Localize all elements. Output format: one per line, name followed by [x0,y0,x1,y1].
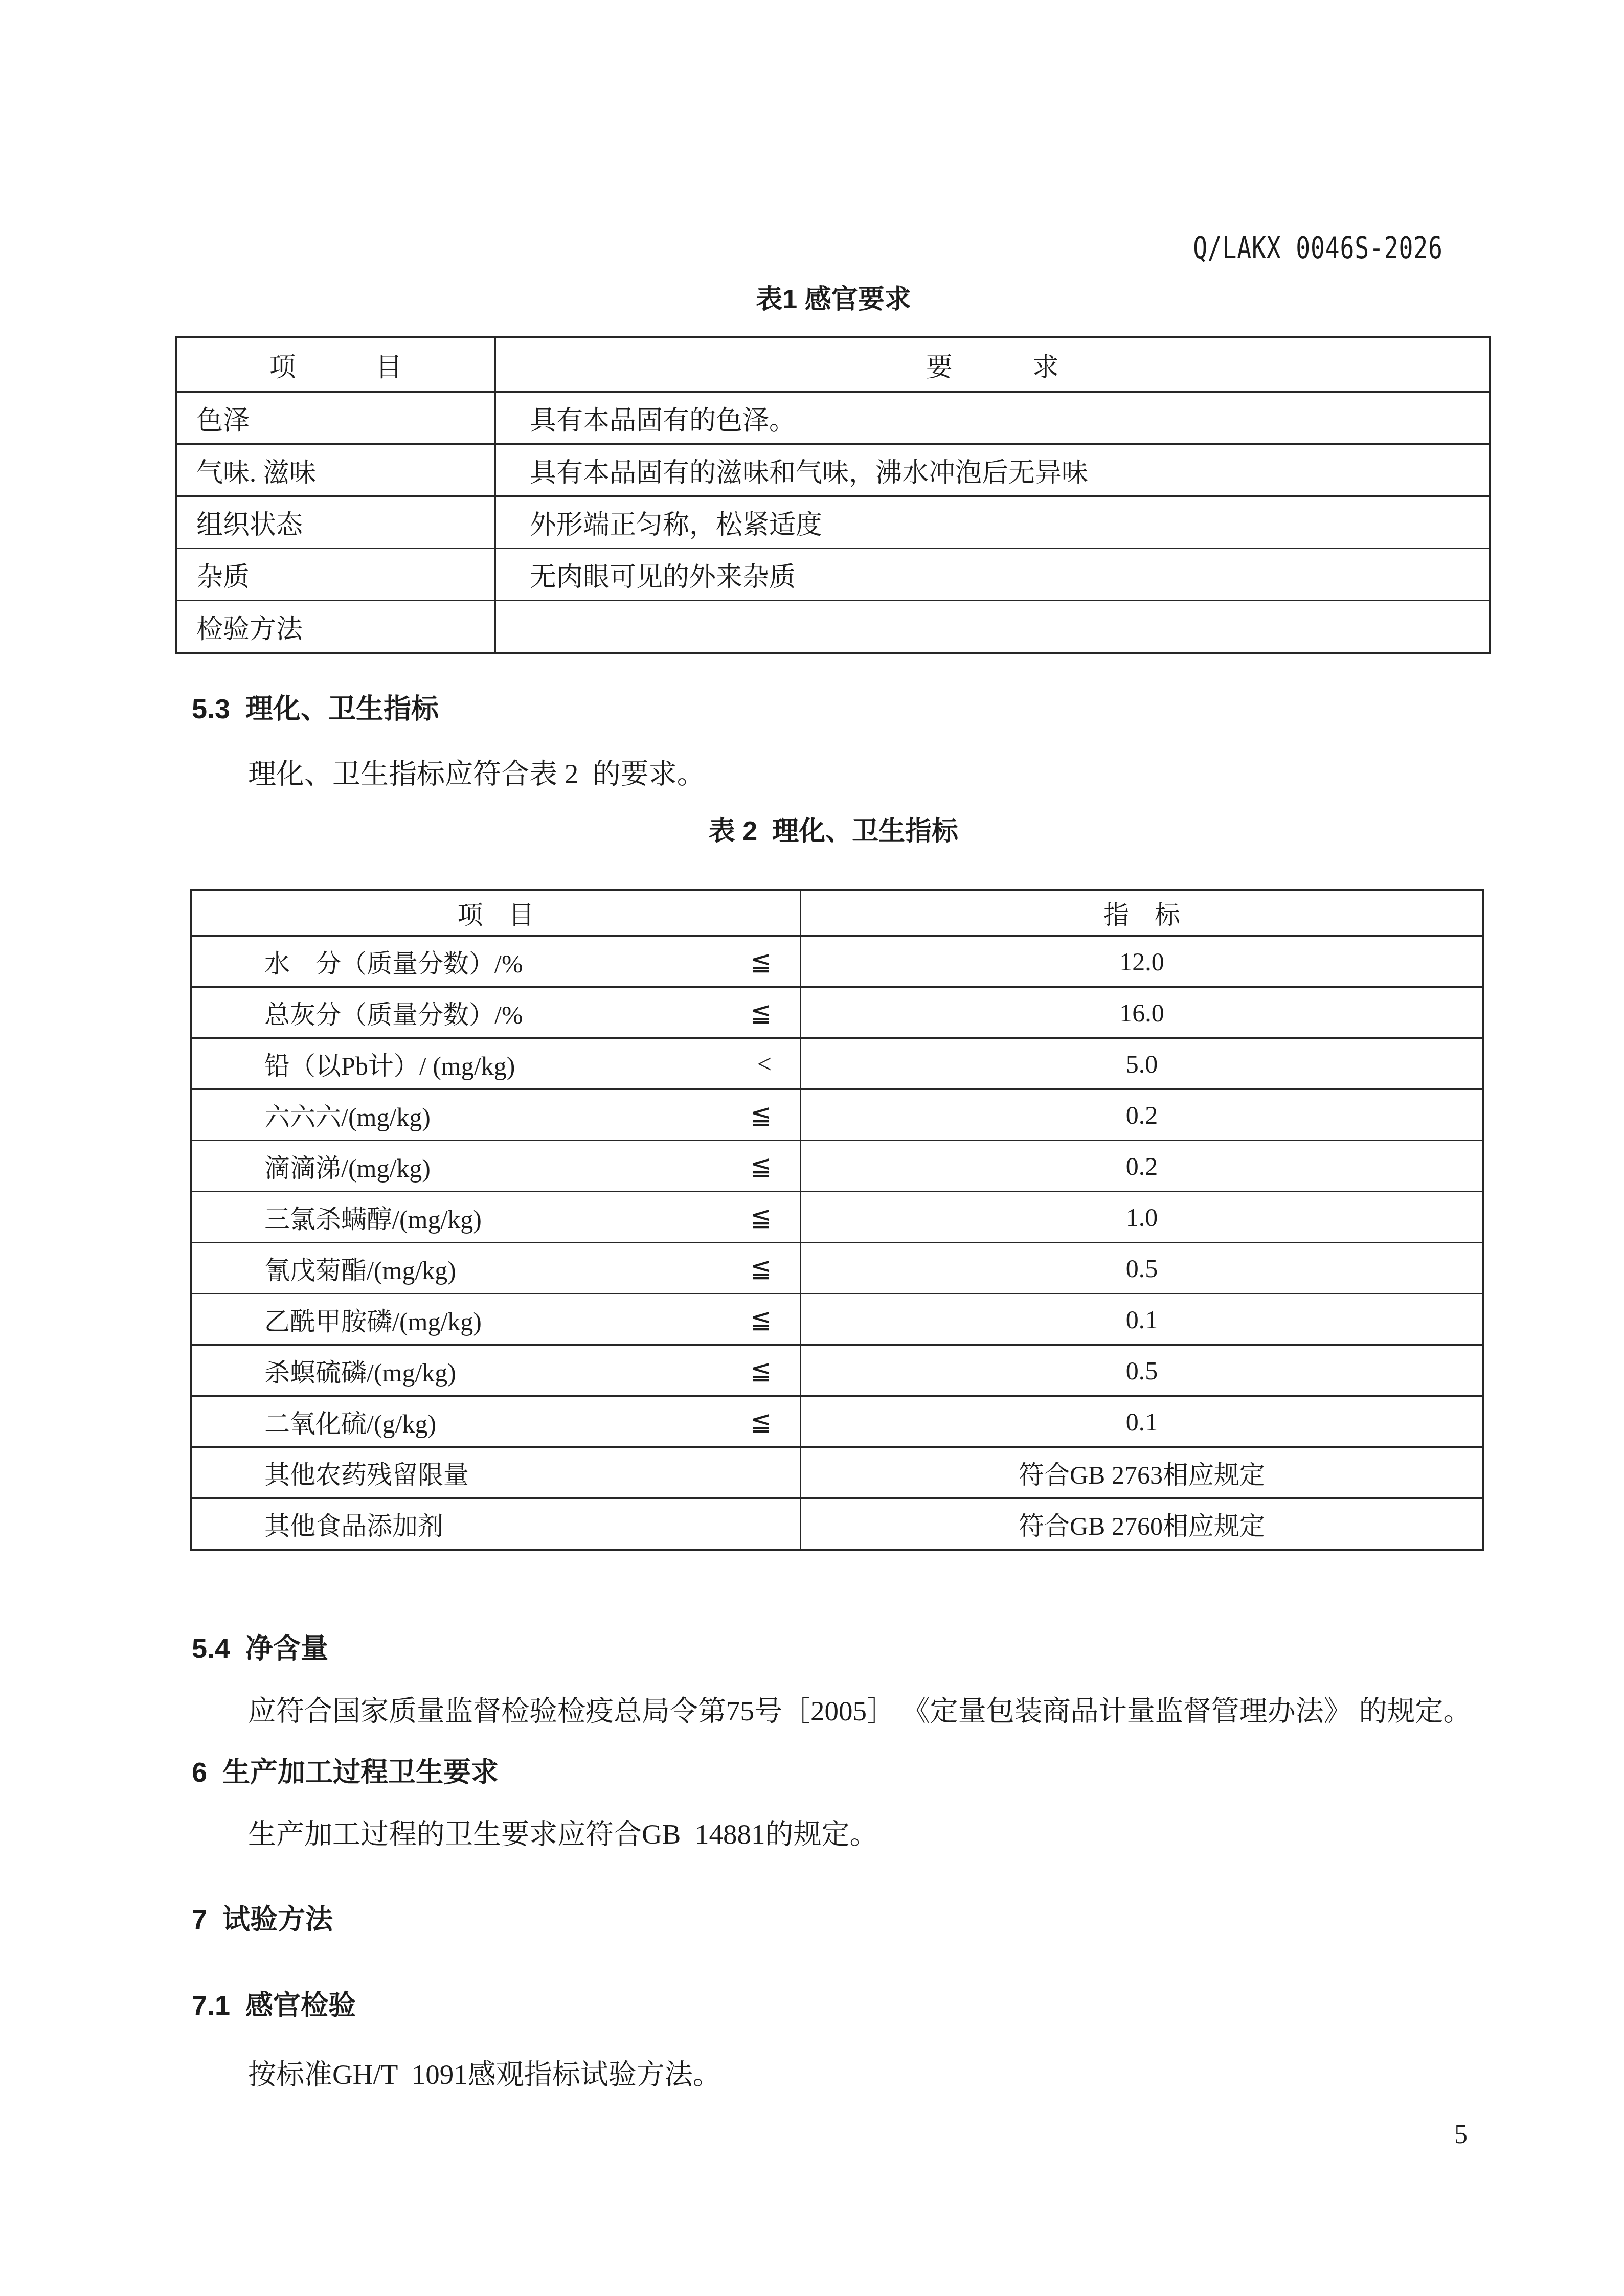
item-label: 乙酰甲胺磷/(mg/kg) [264,1301,482,1338]
limit-operator: ≦ [750,1254,772,1283]
item-cell: 六六六/(mg/kg)≦ [192,1090,801,1140]
table2-title: 表 2 理化、卫生指标 [179,817,1488,846]
page-number: 5 [1454,2122,1468,2148]
table-row: 滴滴涕/(mg/kg)≦ 0.2 [192,1140,1482,1191]
item-label: 二氧化硫/(g/kg) [264,1403,436,1440]
value-cell: 0.2 [801,1090,1482,1140]
item-label: 氰戊菊酯/(mg/kg) [264,1250,456,1287]
section-5-3-heading: 5.3 理化、卫生指标 [192,694,439,724]
value-cell: 16.0 [801,988,1482,1037]
table-row: 杂质 无肉眼可见的外来杂质 [177,548,1489,600]
requirement-cell: 无肉眼可见的外来杂质 [496,549,1489,600]
item-cell: 其他农药残留限量 [192,1448,801,1497]
table1-header-row: 项 目 要 求 [177,338,1489,391]
item-label: 总灰分（质量分数）/% [264,994,523,1031]
table-row: 组织状态 外形端正匀称，松紧适度 [177,495,1489,548]
table-row: 杀螟硫磷/(mg/kg)≦ 0.5 [192,1344,1482,1395]
table1-title: 表1 感官要求 [179,285,1488,314]
item-cell: 检验方法 [177,601,496,652]
value-cell: 0.1 [801,1397,1482,1446]
table-row: 检验方法 [177,600,1489,652]
item-cell: 总灰分（质量分数）/%≦ [192,988,801,1037]
value-cell: 符合GB 2763相应规定 [801,1448,1482,1497]
value-cell: 12.0 [801,937,1482,986]
section-6-body: 生产加工过程的卫生要求应符合GB 14881的规定。 [248,1818,877,1850]
table-row: 总灰分（质量分数）/%≦ 16.0 [192,986,1482,1037]
requirement-cell: 具有本品固有的滋味和气味，沸水冲泡后无异味 [496,445,1489,495]
value-cell: 5.0 [801,1039,1482,1088]
table-row: 氰戊菊酯/(mg/kg)≦ 0.5 [192,1242,1482,1293]
limit-operator: ≦ [750,1202,772,1232]
item-label: 水 分（质量分数）/% [264,943,523,980]
table2-header-item: 项 目 [192,891,801,935]
table1-header-item: 项 目 [177,338,496,391]
table-row: 六六六/(mg/kg)≦ 0.2 [192,1088,1482,1140]
item-cell: 其他食品添加剂 [192,1499,801,1549]
table1: 项 目 要 求 色泽 具有本品固有的色泽。 气味. 滋味 具有本品固有的滋味和气… [175,336,1491,654]
item-cell: 杀螟硫磷/(mg/kg)≦ [192,1346,801,1395]
item-cell: 滴滴涕/(mg/kg)≦ [192,1141,801,1191]
item-label: 其他食品添加剂 [264,1506,443,1542]
value-cell: 0.2 [801,1141,1482,1191]
document-page: Q/LAKX 0046S-2026 表1 感官要求 项 目 要 求 色泽 具有本… [0,0,1624,2296]
limit-operator: < [757,1049,772,1079]
item-cell: 乙酰甲胺磷/(mg/kg)≦ [192,1294,801,1344]
table-row: 色泽 具有本品固有的色泽。 [177,391,1489,443]
table-row: 二氧化硫/(g/kg)≦ 0.1 [192,1395,1482,1446]
section-5-4-heading: 5.4 净含量 [192,1634,328,1664]
table-row: 铅（以Pb计）/ (mg/kg)< 5.0 [192,1037,1482,1088]
requirement-cell: 具有本品固有的色泽。 [496,393,1489,443]
item-label: 三氯杀螨醇/(mg/kg) [264,1199,482,1236]
section-6-heading: 6 生产加工过程卫生要求 [192,1758,499,1788]
limit-operator: ≦ [750,998,772,1028]
table2: 项 目 指 标 水 分（质量分数）/%≦ 12.0 总灰分（质量分数）/%≦ 1… [190,889,1484,1551]
item-cell: 杂质 [177,549,496,600]
item-cell: 色泽 [177,393,496,443]
table-row: 水 分（质量分数）/%≦ 12.0 [192,935,1482,986]
table-row: 气味. 滋味 具有本品固有的滋味和气味，沸水冲泡后无异味 [177,443,1489,495]
limit-operator: ≦ [750,1407,772,1437]
item-label: 杀螟硫磷/(mg/kg) [264,1352,456,1389]
item-label: 铅（以Pb计）/ (mg/kg) [264,1045,515,1082]
section-7-1-heading: 7.1 感官检验 [192,1991,356,2021]
section-5-4-body: 应符合国家质量监督检验检疫总局令第75号［2005］ 《定量包装商品计量监督管理… [248,1695,1472,1727]
item-cell: 水 分（质量分数）/%≦ [192,937,801,986]
table-row: 三氯杀螨醇/(mg/kg)≦ 1.0 [192,1191,1482,1242]
item-cell: 二氧化硫/(g/kg)≦ [192,1397,801,1446]
section-7-heading: 7 试验方法 [192,1905,333,1935]
requirement-cell [496,601,1489,652]
table-row: 乙酰甲胺磷/(mg/kg)≦ 0.1 [192,1293,1482,1344]
value-cell: 0.1 [801,1294,1482,1344]
value-cell: 符合GB 2760相应规定 [801,1499,1482,1549]
item-label: 六六六/(mg/kg) [264,1097,431,1133]
section-7-1-body: 按标准GH/T 1091感观指标试验方法。 [248,2058,721,2090]
item-cell: 气味. 滋味 [177,445,496,495]
item-cell: 铅（以Pb计）/ (mg/kg)< [192,1039,801,1088]
item-label: 滴滴涕/(mg/kg) [264,1148,431,1185]
table1-header-requirement: 要 求 [496,338,1489,391]
table-row: 其他农药残留限量 符合GB 2763相应规定 [192,1446,1482,1497]
doc-number: Q/LAKX 0046S-2026 [1193,233,1443,263]
item-cell: 三氯杀螨醇/(mg/kg)≦ [192,1192,801,1242]
limit-operator: ≦ [750,1356,772,1385]
value-cell: 0.5 [801,1346,1482,1395]
item-cell: 氰戊菊酯/(mg/kg)≦ [192,1243,801,1293]
value-cell: 1.0 [801,1192,1482,1242]
limit-operator: ≦ [750,1305,772,1334]
item-cell: 组织状态 [177,497,496,548]
item-label: 其他农药残留限量 [264,1454,469,1491]
limit-operator: ≦ [750,1100,772,1130]
table2-header-row: 项 目 指 标 [192,891,1482,935]
table2-header-value: 指 标 [801,891,1482,935]
limit-operator: ≦ [750,947,772,976]
requirement-cell: 外形端正匀称，松紧适度 [496,497,1489,548]
value-cell: 0.5 [801,1243,1482,1293]
table-row: 其他食品添加剂 符合GB 2760相应规定 [192,1497,1482,1549]
limit-operator: ≦ [750,1151,772,1181]
section-5-3-body: 理化、卫生指标应符合表 2 的要求。 [248,758,705,790]
